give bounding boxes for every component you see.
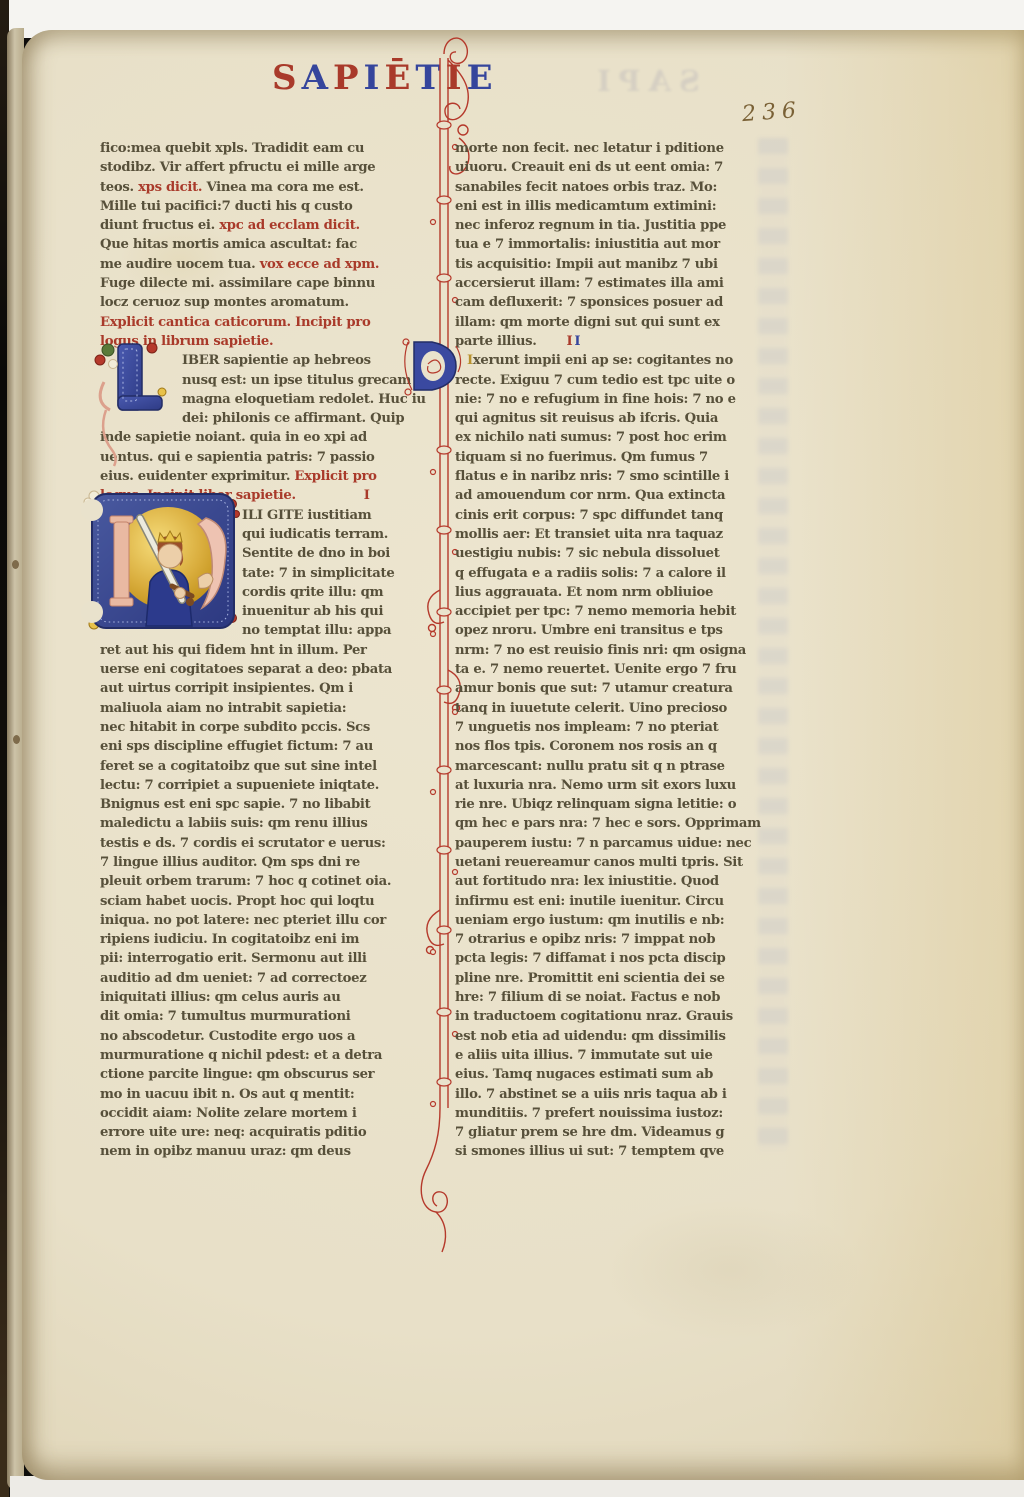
text-line: Fuge dilecte mi. assimilare cape binnu (100, 274, 442, 293)
text-segment: flatus e in naribz nris: 7 smo scintille… (455, 469, 729, 484)
text-line: rie nre. Ubiqz relinquam signa letitie: … (455, 795, 797, 814)
text-line: tua e 7 immortalis: iniustitia aut mor (455, 235, 797, 254)
text-segment: no abscodetur. Custodite ergo uos a (100, 1029, 355, 1044)
text-segment: e aliis uita illius. 7 immutate sut uie (455, 1048, 713, 1063)
text-segment: Que hitas mortis amica ascultat: fac (100, 237, 357, 252)
text-segment: Explicit cantica caticorum. Incipit pro (100, 315, 370, 330)
text-segment: feret se a cogitatoibz que sut sine inte… (100, 759, 377, 774)
text-segment: lectu: 7 corripiet a supueniete iniqtate… (100, 778, 379, 793)
text-line: amur bonis que sut: 7 utamur creatura (455, 679, 797, 698)
text-segment: nec inferoz regnum in tia. Justitia ppe (455, 218, 726, 233)
text-segment: accersierut illam: 7 estimates illa ami (455, 276, 724, 291)
text-line: Explicit cantica caticorum. Incipit pro (100, 313, 442, 332)
text-line: nec inferoz regnum in tia. Justitia ppe (455, 216, 797, 235)
text-segment: qm hec e pars nra: 7 hec e sors. Opprima… (455, 816, 761, 831)
text-segment: no temptat illu: appa (242, 623, 391, 638)
ghost-title-showthrough: SAPI (470, 64, 700, 98)
text-segment: magna eloquetiam redolet. Huc iu (182, 392, 426, 407)
text-segment: ctione parcite lingue: qm obscurus ser (100, 1067, 374, 1082)
text-line: qm hec e pars nra: 7 hec e sors. Opprima… (455, 814, 797, 833)
text-segment: nusq est: un ipse titulus grecam (182, 373, 411, 388)
text-line: locz ceruoz sup montes aromatum. (100, 293, 442, 312)
text-segment: sanabiles fecit natoes orbis traz. Mo: (455, 180, 717, 195)
text-line: accipiet per tpc: 7 nemo memoria hebit (455, 602, 797, 621)
text-line: iniqua. no pot latere: nec pteriet illu … (100, 911, 442, 930)
text-segment: accipiet per tpc: 7 nemo memoria hebit (455, 604, 736, 619)
text-line: lius aggrauata. Et nom nrm obliuioe (455, 583, 797, 602)
text-line: uiuoru. Creauit eni ds ut eent omia: 7 (455, 158, 797, 177)
prologue-initial-L (92, 340, 178, 470)
text-segment: maliuola aiam no intrabit sapietia: (100, 701, 346, 716)
manuscript-photo: { "palette": { "k": "#57503a", "r": "#a9… (0, 0, 1024, 1497)
text-line: me audire uocem tua. vox ecce ad xpm. (100, 255, 442, 274)
text-line: maliuola aiam no intrabit sapietia: (100, 699, 442, 718)
text-line: morte non fecit. nec letatur i pditione (455, 139, 797, 158)
running-title-letter: I (364, 58, 385, 98)
text-line: in traductoem cogitationu nraz. Grauis (455, 1007, 797, 1026)
text-segment: murmuratione q nichil pdest: et a detra (100, 1048, 382, 1063)
folio-number: 236 (741, 98, 803, 127)
text-line: Que hitas mortis amica ascultat: fac (100, 235, 442, 254)
text-segment: tanq in iuuetute celerit. Uino precioso (455, 701, 727, 716)
text-line: pleuit orbem trarum: 7 hoc q cotinet oia… (100, 872, 442, 891)
text-line: Ixerunt impii eni ap se: cogitantes no (455, 351, 797, 370)
text-line: hre: 7 filium di se noiat. Factus e nob (455, 988, 797, 1007)
text-segment: uetani reuereamur canos multi tpris. Sit (455, 855, 743, 870)
text-line: nem in opibz manuu uraz: qm deus (100, 1142, 442, 1161)
text-segment: 7 unguetis nos impleam: 7 no pteriat (455, 720, 718, 735)
text-line: teos. xps dicit. Vinea ma cora me est. (100, 178, 442, 197)
text-line: iniquitati illius: qm celus auris au (100, 988, 442, 1007)
text-line: uestigiu nubis: 7 sic nebula dissoluet (455, 544, 797, 563)
text-segment: dit omia: 7 tumultus murmurationi (100, 1009, 351, 1024)
text-line: aut uirtus corripit insipientes. Qm i (100, 679, 442, 698)
text-segment: 7 lingue illius auditor. Qm sps dni re (100, 855, 360, 870)
text-segment: iniqua. no pot latere: nec pteriet illu … (100, 913, 386, 928)
text-line: tanq in iuuetute celerit. Uino precioso (455, 699, 797, 718)
text-segment: marcescant: nullu pratu sit q n ptrase (455, 759, 725, 774)
text-line: auditio ad dm ueniet: 7 ad correctoez (100, 969, 442, 988)
text-line: feret se a cogitatoibz que sut sine inte… (100, 757, 442, 776)
text-segment: nos flos tpis. Coronem nos rosis an q (455, 739, 717, 754)
running-title-letter: P (333, 58, 364, 98)
text-segment: Vinea ma cora me est. (206, 180, 363, 195)
text-line: 7 otrarius e opibz nris: 7 imppat nob (455, 930, 797, 949)
text-segment: aut uirtus corripit insipientes. Qm i (100, 681, 353, 696)
text-line: qui agnitus sit reuisus ab ifcris. Quia (455, 409, 797, 428)
text-segment: ad amouendum cor nrm. Qua extincta (455, 488, 725, 503)
text-line: mollis aer: Et transiet uita nra taquaz (455, 525, 797, 544)
text-segment: I (574, 334, 580, 349)
text-line: errore uite ure: neq: acquiratis pditio (100, 1123, 442, 1142)
text-segment: errore uite ure: neq: acquiratis pditio (100, 1125, 366, 1140)
text-line: si smones illius ui sut: 7 temptem qve (455, 1142, 797, 1161)
text-segment: tis acquisitio: Impii aut manibz 7 ubi (455, 257, 718, 272)
text-segment: munditiis. 7 prefert nouissima iustoz: (455, 1106, 723, 1121)
text-segment: pline nre. Promittit eni scientia dei se (455, 971, 725, 986)
text-line: Mille tui pacifici:7 ducti his q custo (100, 197, 442, 216)
chapter2-initial-D (400, 338, 464, 396)
text-segment: infirmu est eni: inutile iuenitur. Circu (455, 894, 724, 909)
illuminated-initial-D-miniature (86, 490, 238, 632)
text-line: accersierut illam: 7 estimates illa ami (455, 274, 797, 293)
text-segment: nem in opibz manuu uraz: qm deus (100, 1144, 351, 1159)
text-column-right: morte non fecit. nec letatur i pditioneu… (455, 139, 797, 1162)
text-segment: xerunt impii eni ap se: cogitantes no (473, 353, 733, 368)
text-line: maledictu a labiis suis: qm renu illius (100, 814, 442, 833)
text-line: occidit aiam: Nolite zelare mortem i (100, 1104, 442, 1123)
text-line: diunt fructus ei. xpc ad ecclam dicit. (100, 216, 442, 235)
text-line: flatus e in naribz nris: 7 smo scintille… (455, 467, 797, 486)
text-line: eni est in illis medicamtum extimini: (455, 197, 797, 216)
text-segment: Sentite de dno in boi (242, 546, 390, 561)
text-segment: uiuoru. Creauit eni ds ut eent omia: 7 (455, 160, 723, 175)
text-line: pline nre. Promittit eni scientia dei se (455, 969, 797, 988)
text-segment: xps dicit. (138, 180, 206, 195)
text-segment: cordis qrite illu: qm (242, 585, 383, 600)
text-segment: pii: interrogatio erit. Sermonu aut illi (100, 951, 367, 966)
text-segment: mollis aer: Et transiet uita nra taquaz (455, 527, 723, 542)
text-line: ex nichilo nati sumus: 7 post hoc erim (455, 428, 797, 447)
text-line: no abscodetur. Custodite ergo uos a (100, 1027, 442, 1046)
text-segment: uerse eni cogitatoes separat a deo: pbat… (100, 662, 392, 677)
text-line: ta e. 7 nemo reuertet. Uenite ergo 7 fru (455, 660, 797, 679)
text-line: eius. Tamq nugaces estimati sum ab (455, 1065, 797, 1084)
text-line: testis e ds. 7 cordis ei scrutator e uer… (100, 834, 442, 853)
text-line: cinis erit corpus: 7 spc diffundet tanq (455, 506, 797, 525)
text-column-left: fico:mea quebit xpls. Tradidit eam custo… (100, 139, 442, 1162)
text-segment: iniquitati illius: qm celus auris au (100, 990, 341, 1005)
text-segment: rie nre. Ubiqz relinquam signa letitie: … (455, 797, 736, 812)
text-segment: at luxuria nra. Nemo urm sit exors luxu (455, 778, 736, 793)
text-line: 7 gliatur prem se hre dm. Videamus g (455, 1123, 797, 1142)
text-segment: pauperem iustu: 7 n parcamus uidue: nec (455, 836, 751, 851)
text-line: sanabiles fecit natoes orbis traz. Mo: (455, 178, 797, 197)
text-segment: opez nroru. Umbre eni transitus e tps (455, 623, 723, 638)
text-line: nie: 7 no e refugium in fine hois: 7 no … (455, 390, 797, 409)
text-line: recte. Exiguu 7 cum tedio est tpc uite o (455, 371, 797, 390)
text-segment: est nob etia ad uidendu: qm dissimilis (455, 1029, 726, 1044)
text-line: illo. 7 abstinet se a uiis nris taqua ab… (455, 1085, 797, 1104)
text-line: cam defluxerit: 7 sponsices posuer ad (455, 293, 797, 312)
text-segment: parte illius. (455, 334, 537, 349)
text-line: mo in uacuu ibit n. Os aut q mentit: (100, 1085, 442, 1104)
border-knot (437, 121, 451, 129)
text-segment: locz ceruoz sup montes aromatum. (100, 295, 349, 310)
text-segment: dei: philonis ce affirmant. Quip (182, 411, 404, 426)
text-segment: morte non fecit. nec letatur i pditione (455, 141, 724, 156)
text-line: Bnignus est eni spc sapie. 7 no libabit (100, 795, 442, 814)
text-segment: nie: 7 no e refugium in fine hois: 7 no … (455, 392, 736, 407)
text-segment: si smones illius ui sut: 7 temptem qve (455, 1144, 724, 1159)
running-title-letter: S (272, 58, 302, 98)
text-line: nrm: 7 no est reuisio finis nri: qm osig… (455, 641, 797, 660)
text-segment: ex nichilo nati sumus: 7 post hoc erim (455, 430, 727, 445)
text-segment: cinis erit corpus: 7 spc diffundet tanq (455, 508, 723, 523)
text-line: infirmu est eni: inutile iuenitur. Circu (455, 892, 797, 911)
text-segment: Bnignus est eni spc sapie. 7 no libabit (100, 797, 370, 812)
text-line: fico:mea quebit xpls. Tradidit eam cu (100, 139, 442, 158)
text-segment: Mille tui pacifici:7 ducti his q custo (100, 199, 353, 214)
text-line: ad amouendum cor nrm. Qua extincta (455, 486, 797, 505)
text-line: ripiens iudiciu. In cogitatoibz eni im (100, 930, 442, 949)
text-line: uetani reuereamur canos multi tpris. Sit (455, 853, 797, 872)
text-line: tis acquisitio: Impii aut manibz 7 ubi (455, 255, 797, 274)
text-segment: illo. 7 abstinet se a uiis nris taqua ab… (455, 1087, 727, 1102)
text-line: illam: qm morte digni sut qui sunt ex (455, 313, 797, 332)
text-line: sciam habet uocis. Propt hoc qui loqtu (100, 892, 442, 911)
text-segment: sciam habet uocis. Propt hoc qui loqtu (100, 894, 374, 909)
text-segment: inuenitur ab his qui (242, 604, 383, 619)
text-segment: nrm: 7 no est reuisio finis nri: qm osig… (455, 643, 746, 658)
text-line: opez nroru. Umbre eni transitus e tps (455, 621, 797, 640)
text-segment: ILI GITE iustitiam (242, 508, 371, 523)
text-segment: diunt fructus ei. (100, 218, 219, 233)
text-segment: tiquam si no fuerimus. Qm fumus 7 (455, 450, 708, 465)
text-line: marcescant: nullu pratu sit q n ptrase (455, 757, 797, 776)
text-segment: occidit aiam: Nolite zelare mortem i (100, 1106, 357, 1121)
text-line: aut fortitudo nra: lex iniustitie. Quod (455, 872, 797, 891)
text-segment: me audire uocem tua. (100, 257, 260, 272)
text-segment: recte. Exiguu 7 cum tedio est tpc uite o (455, 373, 735, 388)
text-segment: in traductoem cogitationu nraz. Grauis (455, 1009, 733, 1024)
text-segment: I (364, 488, 370, 503)
text-segment: testis e ds. 7 cordis ei scrutator e uer… (100, 836, 386, 851)
text-segment: aut fortitudo nra: lex iniustitie. Quod (455, 874, 719, 889)
text-line: pcta legis: 7 diffamat i nos pcta discip (455, 949, 797, 968)
text-segment: pcta legis: 7 diffamat i nos pcta discip (455, 951, 725, 966)
text-segment: hre: 7 filium di se noiat. Factus e nob (455, 990, 720, 1005)
text-line: pauperem iustu: 7 n parcamus uidue: nec (455, 834, 797, 853)
text-line: munditiis. 7 prefert nouissima iustoz: (455, 1104, 797, 1123)
text-segment: auditio ad dm ueniet: 7 ad correctoez (100, 971, 366, 986)
text-segment: stodibz. Vir affert pfructu ei mille arg… (100, 160, 375, 175)
text-segment: qui iudicatis terram. (242, 527, 388, 542)
text-segment: amur bonis que sut: 7 utamur creatura (455, 681, 733, 696)
text-line: e aliis uita illius. 7 immutate sut uie (455, 1046, 797, 1065)
text-line: lectu: 7 corripiet a supueniete iniqtate… (100, 776, 442, 795)
text-line: pii: interrogatio erit. Sermonu aut illi (100, 949, 442, 968)
text-line: at luxuria nra. Nemo urm sit exors luxu (455, 776, 797, 795)
text-segment: uestigiu nubis: 7 sic nebula dissoluet (455, 546, 720, 561)
text-segment: ret aut his qui fidem hnt in illum. Per (100, 643, 367, 658)
text-segment: ta e. 7 nemo reuertet. Uenite ergo 7 fru (455, 662, 736, 677)
text-segment: maledictu a labiis suis: qm renu illius (100, 816, 368, 831)
text-line: nos flos tpis. Coronem nos rosis an q (455, 737, 797, 756)
text-line: 7 unguetis nos impleam: 7 no pteriat (455, 718, 797, 737)
text-line: ctione parcite lingue: qm obscurus ser (100, 1065, 442, 1084)
text-line: murmuratione q nichil pdest: et a detra (100, 1046, 442, 1065)
text-line: stodibz. Vir affert pfructu ei mille arg… (100, 158, 442, 177)
text-line: dit omia: 7 tumultus murmurationi (100, 1007, 442, 1026)
text-segment: tua e 7 immortalis: iniustitia aut mor (455, 237, 720, 252)
edge-speck (13, 735, 20, 744)
text-segment: illam: qm morte digni sut qui sunt ex (455, 315, 720, 330)
text-segment: I (567, 334, 573, 349)
text-segment: nec hitabit in corpe subdito pccis. Scs (100, 720, 370, 735)
text-line: nec hitabit in corpe subdito pccis. Scs (100, 718, 442, 737)
text-segment: 7 gliatur prem se hre dm. Videamus g (455, 1125, 724, 1140)
text-segment: eni est in illis medicamtum extimini: (455, 199, 716, 214)
text-line: uerse eni cogitatoes separat a deo: pbat… (100, 660, 442, 679)
text-line: tiquam si no fuerimus. Qm fumus 7 (455, 448, 797, 467)
text-line: eni sps discipline effugiet fictum: 7 au (100, 737, 442, 756)
text-line: 7 lingue illius auditor. Qm sps dni re (100, 853, 442, 872)
text-segment: lius aggrauata. Et nom nrm obliuioe (455, 585, 713, 600)
text-segment: ueniam ergo iustum: qm inutilis e nb: (455, 913, 724, 928)
text-segment: vox ecce ad xpm. (260, 257, 380, 272)
text-segment: Fuge dilecte mi. assimilare cape binnu (100, 276, 375, 291)
text-line: q effugata e a radiis solis: 7 a calore … (455, 564, 797, 583)
text-line: ret aut his qui fidem hnt in illum. Per (100, 641, 442, 660)
text-segment: ripiens iudiciu. In cogitatoibz eni im (100, 932, 359, 947)
edge-speck (12, 560, 19, 569)
text-segment: eius. Tamq nugaces estimati sum ab (455, 1067, 713, 1082)
text-segment: cam defluxerit: 7 sponsices posuer ad (455, 295, 723, 310)
text-line: est nob etia ad uidendu: qm dissimilis (455, 1027, 797, 1046)
text-segment: eni sps discipline effugiet fictum: 7 au (100, 739, 373, 754)
text-segment: fico:mea quebit xpls. Tradidit eam cu (100, 141, 364, 156)
text-segment: teos. (100, 180, 138, 195)
text-segment: mo in uacuu ibit n. Os aut q mentit: (100, 1087, 354, 1102)
text-segment: 7 otrarius e opibz nris: 7 imppat nob (455, 932, 715, 947)
text-segment: xpc ad ecclam dicit. (219, 218, 360, 233)
text-segment: q effugata e a radiis solis: 7 a calore … (455, 566, 726, 581)
text-segment: eius. euidenter exprimitur. (100, 469, 294, 484)
text-segment: pleuit orbem trarum: 7 hoc q cotinet oia… (100, 874, 391, 889)
text-segment: tate: 7 in simplicitate (242, 566, 394, 581)
text-line: parte illius.II (455, 332, 797, 351)
text-segment: IBER sapientie ap hebreos (182, 353, 371, 368)
running-title-letter: A (302, 58, 333, 98)
text-segment: qui agnitus sit reuisus ab ifcris. Quia (455, 411, 718, 426)
text-line: ueniam ergo iustum: qm inutilis e nb: (455, 911, 797, 930)
text-segment: Explicit pro (294, 469, 376, 484)
